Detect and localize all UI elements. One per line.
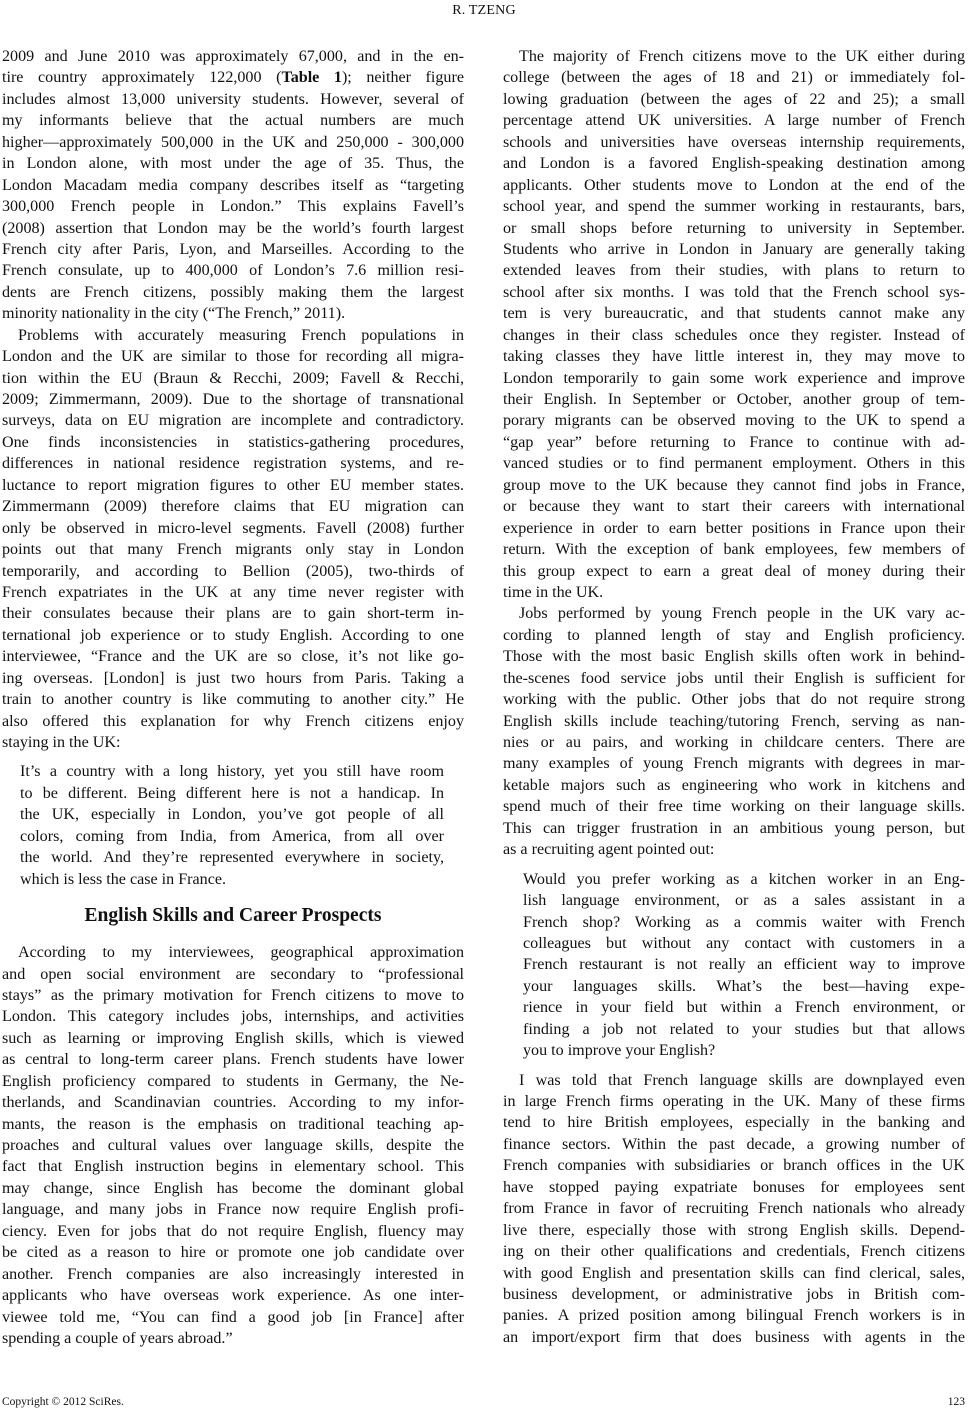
text-line: One finds inconsistencies in statistics-…	[2, 432, 464, 453]
text-line: lowing graduation (between the ages of 2…	[503, 89, 965, 110]
text-line: tire country approximately 122,000 (Tabl…	[2, 67, 464, 88]
running-head: R. TZENG	[0, 3, 968, 19]
text-line: train to another country is like commuti…	[2, 689, 464, 710]
text-line: points out that many French migrants onl…	[2, 539, 464, 560]
text-line: as central to long-term career plans. Fr…	[2, 1049, 464, 1070]
text-line: group move to the UK because they cannot…	[503, 475, 965, 496]
text-line: includes almost 13,000 university studen…	[2, 89, 464, 110]
text-line: 2009; Zimmermann, 2009). Due to the shor…	[2, 389, 464, 410]
text-line: proaches and cultural values over langua…	[2, 1135, 464, 1156]
text-line: school year, and spend the summer workin…	[503, 196, 965, 217]
text-line: live there, especially those with strong…	[503, 1220, 965, 1241]
text-line: business development, or administrative …	[503, 1284, 965, 1305]
text-line: porary migrants can be observed moving t…	[503, 410, 965, 431]
text-line: or small shops before returning to unive…	[503, 218, 965, 239]
text-line: London temporarily to gain some work exp…	[503, 368, 965, 389]
text-line: French city after Paris, Lyon, and Marse…	[2, 239, 464, 260]
text-line: colors, coming from India, from America,…	[20, 826, 444, 847]
text-line: extended leaves from their studies, with…	[503, 260, 965, 281]
text-line: dents are French citizens, possibly maki…	[2, 282, 464, 303]
text-line: language, and many jobs in France now re…	[2, 1199, 464, 1220]
text-line: It’s a country with a long history, yet …	[20, 761, 444, 782]
text-line: many examples of young French migrants w…	[503, 753, 965, 774]
text-line: the world. And they’re represented every…	[20, 847, 444, 868]
left-column: 2009 and June 2010 was approximately 67,…	[2, 46, 464, 1349]
text-line: viewee told me, “You can find a good job…	[2, 1307, 464, 1328]
text-line: an import/export firm that does business…	[503, 1327, 965, 1348]
text-line: may change, since English has become the…	[2, 1178, 464, 1199]
text-line: finance sectors. Within the past decade,…	[503, 1134, 965, 1155]
text-line: interviewee, “France and the UK are so c…	[2, 646, 464, 667]
text-line: and London is a favored English-speaking…	[503, 153, 965, 174]
text-line: staying in the UK:	[2, 732, 464, 753]
block-quote: It’s a country with a long history, yet …	[20, 761, 444, 890]
text-line: from France in favor of recruiting Frenc…	[503, 1198, 965, 1219]
text-line: you to improve your English?	[523, 1040, 965, 1061]
text-line: time in the UK.	[503, 582, 965, 603]
text-line: Those with the most basic English skills…	[503, 646, 965, 667]
text-line: cording to planned length of stay and En…	[503, 625, 965, 646]
text-line: their English. In September or October, …	[503, 389, 965, 410]
text-line: school after six months. I was told that…	[503, 282, 965, 303]
text-line: French expatriates in the UK at any time…	[2, 582, 464, 603]
text-line: schools and universities have overseas i…	[503, 132, 965, 153]
text-line: fact that English instruction begins in …	[2, 1156, 464, 1177]
text-line: spending a couple of years abroad.”	[2, 1328, 464, 1349]
text-line: English skills include teaching/tutoring…	[503, 711, 965, 732]
text-line: mants, the reason is the emphasis on tra…	[2, 1114, 464, 1135]
text-line: French companies with subsidiaries or br…	[503, 1155, 965, 1176]
text-line: ketable majors such as engineering who w…	[503, 775, 965, 796]
text-line: ing overseas. [London] is just two hours…	[2, 668, 464, 689]
text-line: According to my interviewees, geographic…	[2, 942, 464, 963]
section-heading: English Skills and Career Prospects	[2, 904, 464, 928]
text-line: panies. A prized position among bilingua…	[503, 1305, 965, 1326]
right-column: The majority of French citizens move to …	[503, 46, 965, 1348]
text-line: therlands, and Scandinavian countries. A…	[2, 1092, 464, 1113]
copyright-notice: Copyright © 2012 SciRes.	[2, 1396, 124, 1408]
text-line: Would you prefer working as a kitchen wo…	[523, 869, 965, 890]
text-line: and open social environment are secondar…	[2, 964, 464, 985]
text-line: Zimmermann (2009) therefore claims that …	[2, 496, 464, 517]
text-line: such as learning or improving English sk…	[2, 1028, 464, 1049]
text-line: this group expect to earn a great deal o…	[503, 561, 965, 582]
text-line: also offered this explanation for why Fr…	[2, 711, 464, 732]
paragraph: Jobs performed by young French people in…	[503, 603, 965, 860]
text-line: applicants who have overseas work experi…	[2, 1285, 464, 1306]
text-line: minority nationality in the city (“The F…	[2, 303, 464, 324]
text-line: as a recruiting agent pointed out:	[503, 839, 965, 860]
text-line: Jobs performed by young French people in…	[503, 603, 965, 624]
text-line: college (between the ages of 18 and 21) …	[503, 67, 965, 88]
text-line: I was told that French language skills a…	[503, 1070, 965, 1091]
text-line: ing on their other qualifications and cr…	[503, 1241, 965, 1262]
paragraph: Problems with accurately measuring Frenc…	[2, 325, 464, 754]
text-line: which is less the case in France.	[20, 869, 444, 890]
text-line: This can trigger frustration in an ambit…	[503, 818, 965, 839]
text-line: ternational job experience or to study E…	[2, 625, 464, 646]
text-line: luctance to report migration figures to …	[2, 475, 464, 496]
text-line: colleagues but without any contact with …	[523, 933, 965, 954]
text-line: Problems with accurately measuring Frenc…	[2, 325, 464, 346]
text-line: ciency. Even for jobs that do not requir…	[2, 1221, 464, 1242]
text-line: have stopped paying expatriate bonuses f…	[503, 1177, 965, 1198]
text-line: French consulate, up to 400,000 of Londo…	[2, 260, 464, 281]
text-line: Students who arrive in London in January…	[503, 239, 965, 260]
text-line: return. With the exception of bank emplo…	[503, 539, 965, 560]
text-line: be cited as a reason to hire or promote …	[2, 1242, 464, 1263]
block-quote: Would you prefer working as a kitchen wo…	[523, 869, 965, 1062]
text-line: my informants believe that the actual nu…	[2, 110, 464, 131]
text-line: taking classes they have little interest…	[503, 346, 965, 367]
text-line: 300,000 French people in London.” This e…	[2, 196, 464, 217]
paragraph: According to my interviewees, geographic…	[2, 942, 464, 1349]
text-line: French restaurant is not really an effic…	[523, 954, 965, 975]
text-line: changes in their class schedules once th…	[503, 325, 965, 346]
text-line: temporarily, and according to Bellion (2…	[2, 561, 464, 582]
text-line: experience in order to earn better posit…	[503, 518, 965, 539]
text-line: your languages skills. What’s the best—h…	[523, 976, 965, 997]
text-line: higher—approximately 500,000 in the UK a…	[2, 132, 464, 153]
text-line: The majority of French citizens move to …	[503, 46, 965, 67]
text-line: tion within the EU (Braun & Recchi, 2009…	[2, 368, 464, 389]
page-number: 123	[948, 1396, 965, 1408]
text-line: nies or au pairs, and working in childca…	[503, 732, 965, 753]
text-line: “gap year” before returning to France to…	[503, 432, 965, 453]
text-line: working with the public. Other jobs that…	[503, 689, 965, 710]
text-line: English proficiency compared to students…	[2, 1071, 464, 1092]
text-line: only be observed in micro-level segments…	[2, 518, 464, 539]
text-line: surveys, data on EU migration are incomp…	[2, 410, 464, 431]
text-line: 2009 and June 2010 was approximately 67,…	[2, 46, 464, 67]
text-line: the UK, especially in London, you’ve got…	[20, 804, 444, 825]
text-line: finding a job not related to your studie…	[523, 1019, 965, 1040]
text-line: stays” as the primary motivation for Fre…	[2, 985, 464, 1006]
text-line: the-scenes food service jobs until their…	[503, 668, 965, 689]
text-line: vanced studies or to find permanent empl…	[503, 453, 965, 474]
text-line: (2008) assertion that London may be the …	[2, 218, 464, 239]
text-line: in London alone, with most under the age…	[2, 153, 464, 174]
text-line: London Macadam media company describes i…	[2, 175, 464, 196]
text-line: or because they want to start their care…	[503, 496, 965, 517]
text-line: lish language environment, or as a sales…	[523, 890, 965, 911]
text-line: in large French firms operating in the U…	[503, 1091, 965, 1112]
text-line: with good English and presentation skill…	[503, 1263, 965, 1284]
text-line: to be different. Being different here is…	[20, 783, 444, 804]
text-line: London. This category includes jobs, int…	[2, 1006, 464, 1027]
paragraph: The majority of French citizens move to …	[503, 46, 965, 603]
text-line: percentage attend UK universities. A lar…	[503, 110, 965, 131]
text-line: rience in your field but within a French…	[523, 997, 965, 1018]
text-line: their consulates because their plans are…	[2, 603, 464, 624]
text-line: another. French companies are also incre…	[2, 1264, 464, 1285]
paragraph: 2009 and June 2010 was approximately 67,…	[2, 46, 464, 325]
text-line: spend much of their free time working on…	[503, 796, 965, 817]
paragraph: I was told that French language skills a…	[503, 1070, 965, 1349]
text-line: tend to hire British employees, especial…	[503, 1112, 965, 1133]
text-line: differences in national residence regist…	[2, 453, 464, 474]
text-line: French shop? Working as a commis waiter …	[523, 912, 965, 933]
text-line: tem is very bureaucratic, and that stude…	[503, 303, 965, 324]
text-line: applicants. Other students move to Londo…	[503, 175, 965, 196]
text-line: London and the UK are similar to those f…	[2, 346, 464, 367]
